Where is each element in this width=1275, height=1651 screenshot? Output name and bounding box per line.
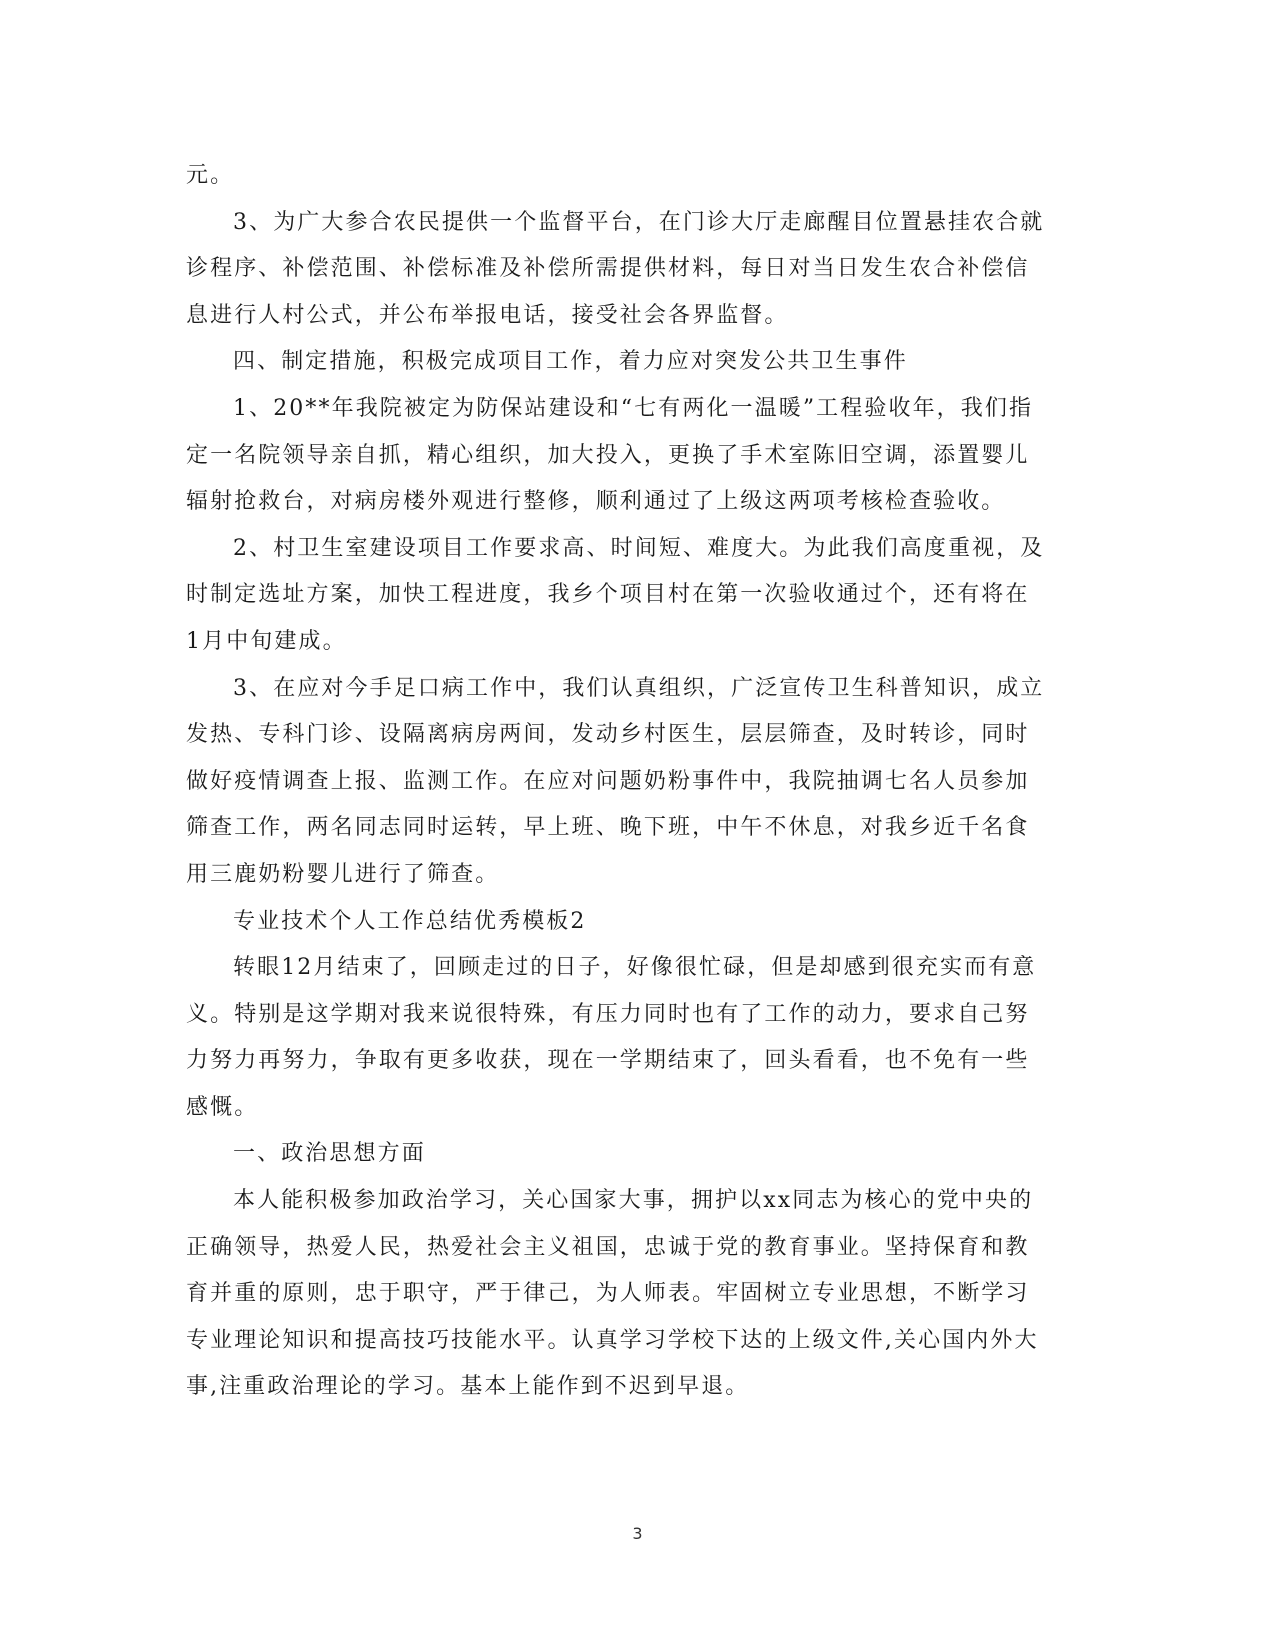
text-line: 本人能积极参加政治学习，关心国家大事，拥护以xx同志为核心的党中央的 — [186, 1183, 1086, 1230]
text-line: 1月中旬建成。 — [186, 624, 1086, 671]
document-body: 元。 3、为广大参合农民提供一个监督平台，在门诊大厅走廊醒目位置悬挂农合就 诊程… — [186, 158, 1086, 1416]
text-line: 育并重的原则，忠于职守，严于律己，为人师表。牢固树立专业思想，不断学习 — [186, 1276, 1086, 1323]
text-line: 定一名院领导亲自抓，精心组织，加大投入，更换了手术室陈旧空调，添置婴儿 — [186, 438, 1086, 485]
text-line: 息进行人村公式，并公布举报电话，接受社会各界监督。 — [186, 298, 1086, 345]
text-line: 1、20**年我院被定为防保站建设和“七有两化一温暖”工程验收年，我们指 — [186, 391, 1086, 438]
document-page: 元。 3、为广大参合农民提供一个监督平台，在门诊大厅走廊醒目位置悬挂农合就 诊程… — [0, 0, 1275, 1651]
text-line: 2、村卫生室建设项目工作要求高、时间短、难度大。为此我们高度重视，及 — [186, 531, 1086, 578]
document-subtitle: 专业技术个人工作总结优秀模板2 — [186, 904, 1086, 951]
text-line: 诊程序、补偿范围、补偿标准及补偿所需提供材料，每日对当日发生农合补偿信 — [186, 251, 1086, 298]
text-line: 感慨。 — [186, 1090, 1086, 1137]
text-line: 筛查工作，两名同志同时运转，早上班、晚下班，中午不休息，对我乡近千名食 — [186, 810, 1086, 857]
text-line: 用三鹿奶粉婴儿进行了筛查。 — [186, 857, 1086, 904]
text-line: 做好疫情调查上报、监测工作。在应对问题奶粉事件中，我院抽调七名人员参加 — [186, 764, 1086, 811]
section-heading: 一、政治思想方面 — [186, 1136, 1086, 1183]
text-line: 正确领导，热爱人民，热爱社会主义祖国，忠诚于党的教育事业。坚持保育和教 — [186, 1230, 1086, 1277]
page-number: 3 — [0, 1524, 1275, 1543]
text-line: 3、在应对今手足口病工作中，我们认真组织，广泛宣传卫生科普知识，成立 — [186, 671, 1086, 718]
text-line: 元。 — [186, 158, 1086, 205]
text-line: 时制定选址方案，加快工程进度，我乡个项目村在第一次验收通过个，还有将在 — [186, 577, 1086, 624]
text-line: 3、为广大参合农民提供一个监督平台，在门诊大厅走廊醒目位置悬挂农合就 — [186, 205, 1086, 252]
text-line: 发热、专科门诊、设隔离病房两间，发动乡村医生，层层筛查，及时转诊，同时 — [186, 717, 1086, 764]
text-line: 事,注重政治理论的学习。基本上能作到不迟到早退。 — [186, 1369, 1086, 1416]
text-line: 转眼12月结束了，回顾走过的日子，好像很忙碌，但是却感到很充实而有意 — [186, 950, 1086, 997]
text-line: 义。特别是这学期对我来说很特殊，有压力同时也有了工作的动力，要求自己努 — [186, 997, 1086, 1044]
section-heading: 四、制定措施，积极完成项目工作，着力应对突发公共卫生事件 — [186, 344, 1086, 391]
text-line: 力努力再努力，争取有更多收获，现在一学期结束了，回头看看，也不免有一些 — [186, 1043, 1086, 1090]
text-line: 辐射抢救台，对病房楼外观进行整修，顺利通过了上级这两项考核检查验收。 — [186, 484, 1086, 531]
text-line: 专业理论知识和提高技巧技能水平。认真学习学校下达的上级文件,关心国内外大 — [186, 1323, 1086, 1370]
